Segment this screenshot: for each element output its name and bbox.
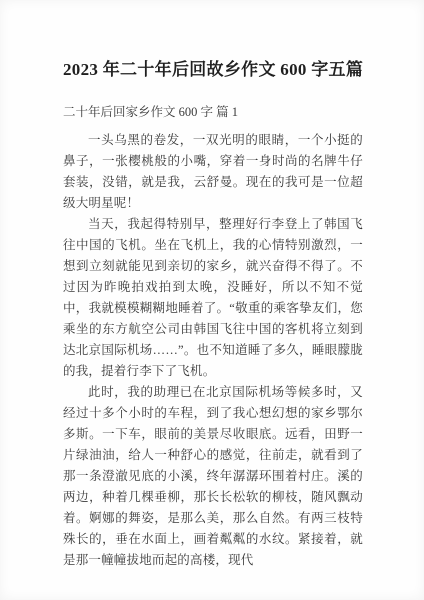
section-heading: 二十年后回家乡作文 600 字 篇 1 bbox=[63, 104, 363, 121]
document-title: 2023 年二十年后回故乡作文 600 字五篇 bbox=[63, 57, 363, 83]
paragraph-hometown: 此时，我的助理已在北京国际机场等候多时，又经过十多个小时的车程，到了我心想幻想的… bbox=[63, 382, 363, 571]
document-body: 一头乌黑的卷发，一双光明的眼睛，一个小挺的鼻子，一张樱桃般的小嘴，穿着一身时尚的… bbox=[63, 130, 363, 571]
paragraph-flight: 当天，我起得特别早，整理好行李登上了韩国飞往中国的飞机。坐在飞机上，我的心情特别… bbox=[63, 214, 363, 382]
document-page: 2023 年二十年后回故乡作文 600 字五篇 二十年后回家乡作文 600 字 … bbox=[0, 0, 424, 600]
paragraph-intro: 一头乌黑的卷发，一双光明的眼睛，一个小挺的鼻子，一张樱桃般的小嘴，穿着一身时尚的… bbox=[63, 130, 363, 214]
